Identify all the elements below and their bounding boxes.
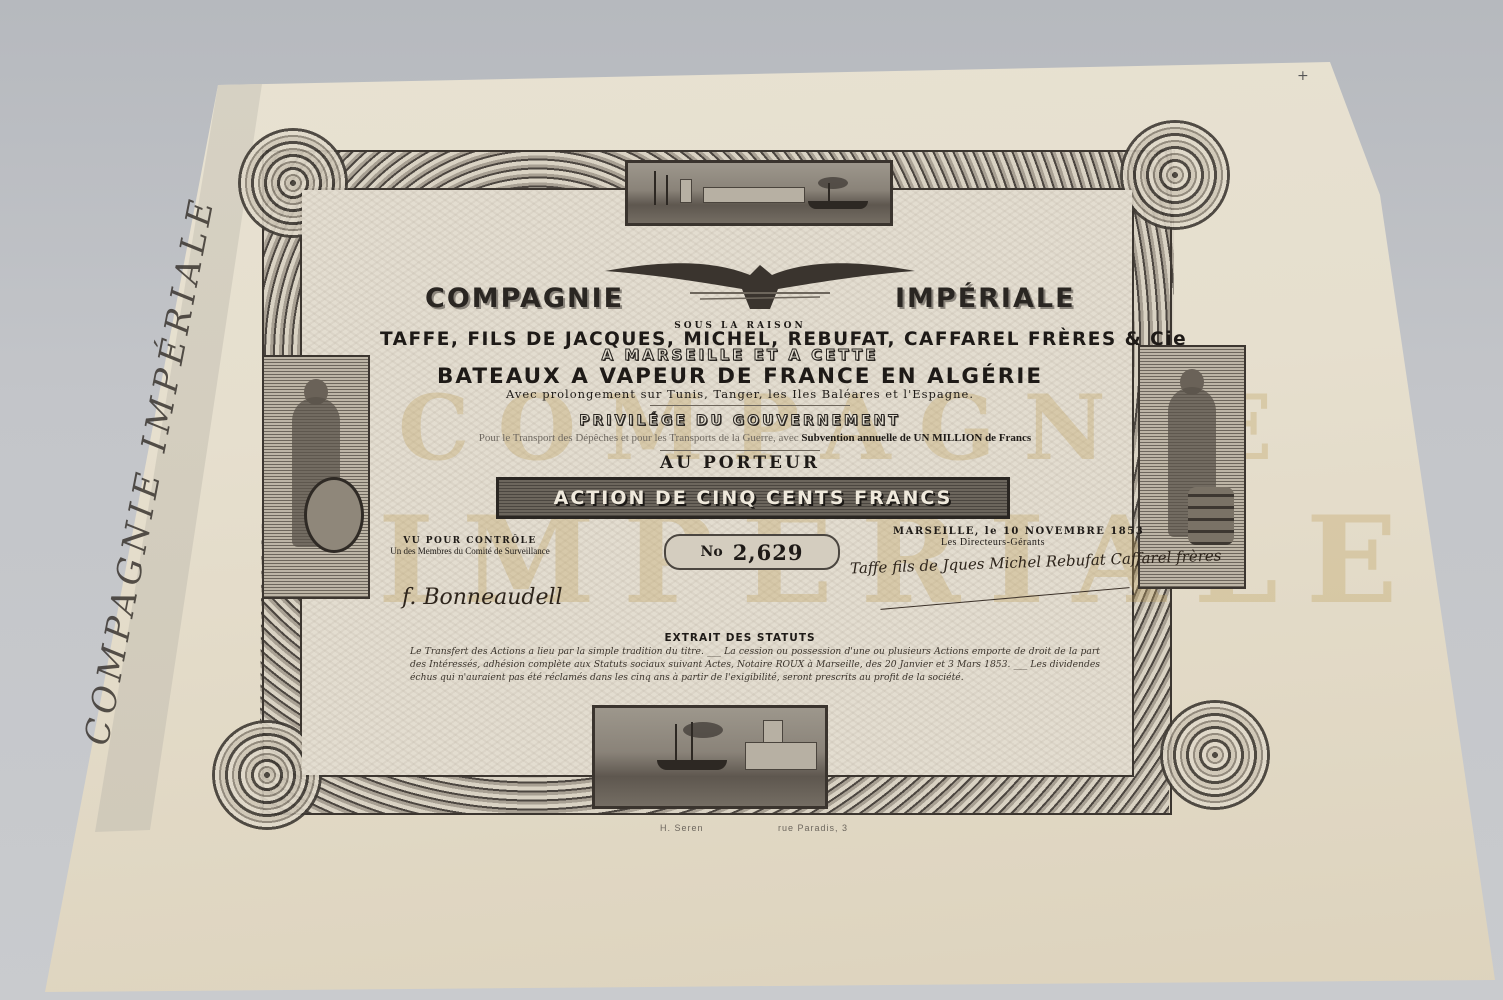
bearer-line: AU PORTEUR	[380, 453, 1100, 473]
divider	[660, 450, 820, 451]
control-signature: f. Bonneaudell	[402, 585, 563, 610]
share-title: ACTION DE CINQ CENTS FRANCS	[554, 487, 953, 509]
bottom-vignette	[592, 705, 828, 809]
top-vignette	[625, 160, 893, 226]
barrel-icon	[1188, 487, 1234, 545]
certificate-number: 2,629	[733, 540, 804, 565]
company-line: BATEAUX A VAPEUR DE FRANCE EN ALGÉRIE	[380, 364, 1100, 389]
transport-line: Pour le Transport des Dépêches et pour l…	[395, 432, 1115, 444]
extension-line: Avec prolongement sur Tunis, Tanger, les…	[380, 387, 1100, 401]
eagle-icon	[600, 253, 920, 313]
imprint-printer: H. Seren	[660, 823, 704, 833]
corner-scroll-ornament-icon	[1120, 120, 1230, 230]
left-vignette-allegory	[262, 355, 370, 599]
location-line: A MARSEILLE ET A CETTE	[380, 346, 1100, 364]
control-block: VU POUR CONTRÔLE Un des Membres du Comit…	[390, 536, 550, 556]
issue-block: MARSEILLE, le 10 NOVEMBRE 1853 Les Direc…	[893, 526, 1093, 548]
divider	[650, 405, 850, 406]
control-subtitle: Un des Membres du Comité de Surveillance	[390, 546, 550, 556]
title-imperiale: IMPÉRIALE	[895, 283, 1095, 314]
certificate-number-cartouche: No 2,629	[664, 534, 840, 570]
control-title: VU POUR CONTRÔLE	[390, 536, 550, 546]
statutes-title: EXTRAIT DES STATUTS	[380, 632, 1100, 644]
share-title-box: ACTION DE CINQ CENTS FRANCS	[496, 477, 1010, 519]
shield-icon	[304, 477, 364, 553]
title-compagnie: COMPAGNIE	[425, 283, 605, 314]
corner-scroll-ornament-icon	[1160, 700, 1270, 810]
privilege-line: PRIVILÉGE DU GOUVERNEMENT	[380, 413, 1100, 429]
number-prefix: No	[701, 544, 723, 560]
registration-mark-icon: +	[1297, 68, 1309, 84]
issue-place-date: MARSEILLE, le 10 NOVEMBRE 1853	[893, 526, 1093, 537]
statutes-text: Le Transfert des Actions a lieu par la s…	[410, 645, 1100, 684]
imprint-address: rue Paradis, 3	[778, 823, 848, 833]
issue-signatories-title: Les Directeurs-Gérants	[893, 537, 1093, 548]
